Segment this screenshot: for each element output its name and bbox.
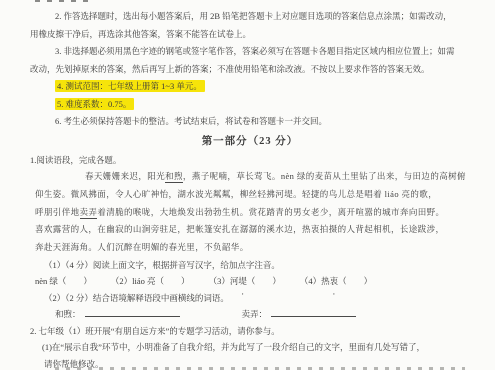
answer-label-hexu: 和煦： bbox=[55, 309, 81, 319]
pinyin-answer-row: nèn 绿（ ） （2）liáo 亮（ ） （3）河堤（ ） （4）热衷（ ） bbox=[30, 273, 470, 290]
pinyin-item-1: nèn 绿（ ） bbox=[35, 273, 92, 290]
passage-line-5: 奔赴天涯海角。人们沉醉在明媚的春光里，不负韶华。 bbox=[30, 239, 470, 257]
passage-line-3: 呼朋引伴地卖弄着清脆的喉咙，大地焕发出勃勃生机。赏花踏青的男女老少，离开喧嚣的城… bbox=[30, 204, 470, 222]
instruction-item5-difficulty: 5. 难度系数：0.75。 bbox=[30, 96, 470, 114]
answer-bracket: （ ） bbox=[247, 276, 281, 286]
passage-text: ，燕子呢喃，草长莺飞。nèn 绿的麦苗从土里钻了出来，与田边的高树俯 bbox=[183, 171, 466, 181]
answer-blank-hexu bbox=[85, 307, 180, 317]
instruction-item2-line1: 2. 作答选择题时，选出每小题答案后，用 2B 铅笔把答题卡上对应题目选项的答案… bbox=[30, 8, 470, 26]
pinyin-item-label: （3）河 bbox=[209, 276, 239, 286]
answer-label-mainong: 卖弄： bbox=[242, 309, 268, 319]
pinyin-item-2: （2）liáo 亮（ ） bbox=[111, 273, 190, 290]
instruction-item4-test-range: 4. 测试范围：七年级上册第 1~3 单元。 bbox=[30, 78, 470, 96]
passage-line-1: 春天姗姗来迟，阳光和煦，燕子呢喃，草长莺飞。nèn 绿的麦苗从土里钻了出来，与田… bbox=[30, 168, 470, 186]
section-heading: 第一部分（23 分） bbox=[30, 132, 470, 152]
passage-text: 春天姗姗来迟，阳光 bbox=[85, 171, 165, 181]
pinyin-item-4: （4）热衷（ ） bbox=[300, 273, 372, 290]
pinyin-item-label: （4）热 bbox=[300, 276, 330, 286]
pinyin-item-3: （3）河堤（ ） bbox=[209, 273, 281, 290]
passage-text: 着清脆的喉咙，大地焕发出勃勃生机。赏花踏青的男女老少，离开喧嚣的城市奔向田野。 bbox=[97, 207, 444, 217]
answer-blank-mainong bbox=[271, 307, 356, 317]
passage-text: 呼朋引伴地 bbox=[35, 207, 80, 217]
question1-sub1: （1）（4 分）阅读上面文字，根据拼音写汉字，给加点字注音。 bbox=[30, 257, 470, 274]
cut-off-line-top bbox=[35, 0, 95, 2]
highlight-difficulty: 5. 难度系数：0.75。 bbox=[55, 98, 134, 110]
underlined-word-hexu: 和煦 bbox=[165, 171, 183, 183]
answer-bracket: （ ） bbox=[58, 276, 92, 286]
question2-sub1-line1: (1)在“展示自我”环节中，小明准备了自我介绍，并为此写了一段介绍自己的文字，里… bbox=[30, 339, 470, 356]
pinyin-item-label: （2）liáo 亮 bbox=[111, 276, 156, 286]
question1-sub2: （2）（2 分）结合语境解释语段中画横线的词语。 bbox=[30, 290, 470, 307]
question2-stem: 2. 七年级（1）班开展“有朋自远方来”的专题学习活动，请你参与。 bbox=[30, 323, 470, 340]
definition-answer-row: 和煦：卖弄： bbox=[30, 306, 470, 323]
passage-line-2: 仰生姿。微风拂面，令人心旷神怡，湖水波光粼粼，柳丝轻拂河堤。轻捷的鸟儿总是唱着 … bbox=[30, 186, 470, 204]
answer-bracket: （ ） bbox=[156, 276, 190, 286]
highlight-test-range: 4. 测试范围：七年级上册第 1~3 单元。 bbox=[55, 80, 205, 92]
exam-paper-page: 2. 作答选择题时，选出每小题答案后，用 2B 铅笔把答题卡上对应题目选项的答案… bbox=[0, 0, 495, 370]
instruction-item3-line1: 3. 非选择题必须用黑色字迹的钢笔或签字笔作答，答案必须写在答题卡各题目指定区域… bbox=[30, 43, 470, 61]
question1-stem: 1.阅读语段，完成各题。 bbox=[30, 152, 470, 169]
passage-line-4: 喜欢露营的人，在幽寂的山涧旁驻足，把帐篷安扎在潺潺的溪水边，热衷拍摄的人背起相机… bbox=[30, 221, 470, 239]
instruction-item2-line2: 用橡皮擦干净后，再选涂其他答案，答案不能答在试卷上。 bbox=[30, 26, 470, 44]
dotted-char-zhong: 衷 bbox=[330, 273, 339, 290]
underlined-word-mainong: 卖弄 bbox=[80, 207, 98, 219]
instruction-item6: 6. 考生必须保持答题卡的整洁。考试结束后，将试卷和答题卡一并交回。 bbox=[30, 113, 470, 131]
instruction-item3-line2: 改动，先划掉原来的答案，然后再写上新的答案；不准使用铅笔和涂改液。不按以上要求作… bbox=[30, 61, 470, 79]
answer-bracket: （ ） bbox=[338, 276, 372, 286]
dotted-char-di: 堤 bbox=[238, 273, 247, 290]
pinyin-item-label: nèn 绿 bbox=[35, 276, 58, 286]
